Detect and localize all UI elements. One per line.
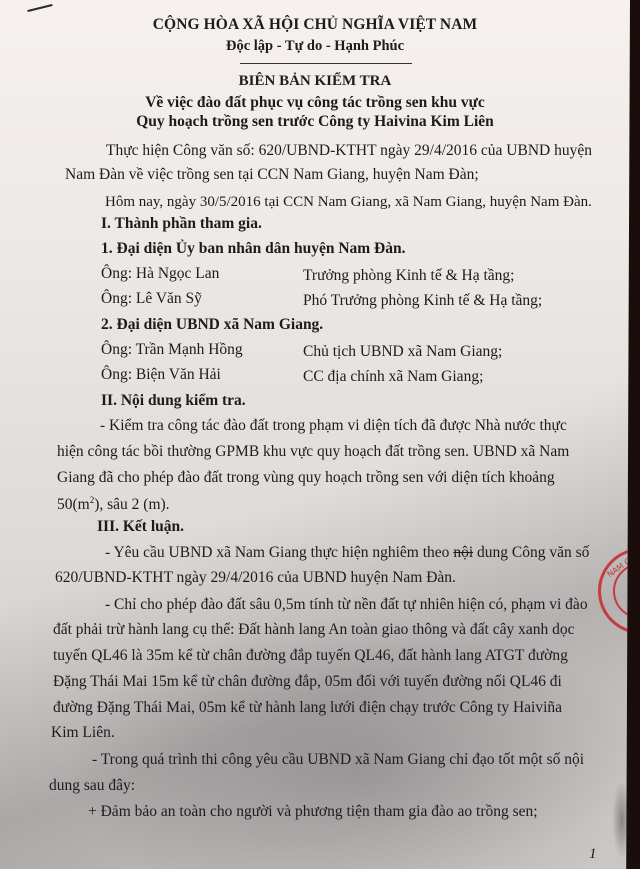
- subtitle-line-1: Về việc đào đất phục vụ công tác trồng s…: [0, 94, 630, 112]
- member-name: Ông: Trần Mạnh Hồng: [101, 341, 243, 359]
- section-1-heading: I. Thành phần tham gia.: [101, 215, 262, 233]
- intro-line-2: Nam Đàn về việc trồng sen tại CCN Nam Gi…: [65, 166, 479, 184]
- conclusion-line: - Yêu cầu UBND xã Nam Giang thực hiện ng…: [105, 544, 589, 562]
- area-tail: ), sâu 2 (m).: [94, 496, 169, 513]
- intro-line-1: Thực hiện Công văn số: 620/UBND-KTHT ngà…: [106, 142, 592, 160]
- member-role: Chủ tịch UBND xã Nam Giang;: [303, 343, 502, 361]
- member-name: Ông: Biện Văn Hải: [101, 366, 221, 384]
- motto-underline: [240, 63, 412, 64]
- member-role: Phó Trưởng phòng Kinh tế & Hạ tầng;: [303, 292, 542, 310]
- conclusion-line: Kim Liên.: [51, 724, 115, 742]
- conclusion-line: dung sau đây:: [49, 777, 135, 795]
- member-name: Ông: Lê Văn Sỹ: [101, 290, 202, 308]
- member-role: Trưởng phòng Kinh tế & Hạ tầng;: [303, 267, 515, 285]
- area-line: 50(m2), sâu 2 (m).: [57, 495, 170, 514]
- section-2-heading: II. Nội dung kiểm tra.: [101, 392, 246, 410]
- conclusion-line: đường Đặng Thái Mai, 05m kể từ hành lang…: [53, 699, 562, 717]
- conclusion-line: - Trong quá trình thi công yêu cầu UBND …: [92, 751, 584, 769]
- fingerprint-smudge: [612, 780, 632, 860]
- conclusion-line: Đặng Thái Mai 15m kể từ chân đường đắp, …: [53, 673, 562, 691]
- conclusion-text: dung Công văn số: [473, 544, 589, 561]
- member-name: Ông: Hà Ngọc Lan: [101, 265, 219, 283]
- nation-header: CỘNG HÒA XÃ HỘI CHỦ NGHĨA VIỆT NAM: [0, 16, 630, 34]
- conclusion-text: - Yêu cầu UBND xã Nam Giang thực hiện ng…: [105, 544, 453, 561]
- official-seal: NAM GIANG H ★: [598, 548, 640, 634]
- conclusion-line: đất phải trừ hành lang cụ thể: Đất hành …: [53, 621, 574, 639]
- section-2-line: - Kiểm tra công tác đào đất trong phạm v…: [100, 417, 567, 435]
- conclusion-line: 620/UBND-KTHT ngày 29/4/2016 của UBND hu…: [55, 569, 456, 587]
- motto: Độc lập - Tự do - Hạnh Phúc: [0, 38, 630, 55]
- section-2-line: Giang đã cho phép đào đất trong vùng quy…: [57, 469, 555, 487]
- intro-line-3: Hôm nay, ngày 30/5/2016 tại CCN Nam Gian…: [105, 194, 592, 211]
- group-2-heading: 2. Đại diện UBND xã Nam Giang.: [101, 316, 323, 334]
- member-role: CC địa chính xã Nam Giang;: [303, 368, 483, 386]
- star-icon: ★: [633, 579, 640, 595]
- pen-mark: [27, 4, 53, 12]
- area-value: 50(m: [57, 496, 90, 513]
- conclusion-line: tuyến QL46 là 35m kể từ chân đường đắp t…: [53, 647, 568, 665]
- conclusion-line: - Chỉ cho phép đào đất sâu 0,5m tính từ …: [105, 596, 588, 614]
- struck-word: nội: [453, 544, 473, 561]
- document-page: CỘNG HÒA XÃ HỘI CHỦ NGHĨA VIỆT NAM Độc l…: [0, 0, 630, 869]
- document-title: BIÊN BẢN KIỂM TRA: [0, 73, 630, 90]
- section-2-line: hiện công tác bồi thường GPMB khu vực qu…: [57, 443, 569, 461]
- conclusion-line: + Đảm bảo an toàn cho người và phương ti…: [88, 803, 538, 821]
- subtitle-line-2: Quy hoạch trồng sen trước Công ty Haivin…: [0, 113, 630, 131]
- group-1-heading: 1. Đại diện Ủy ban nhân dân huyện Nam Đà…: [101, 240, 406, 258]
- page-number: 1: [589, 846, 597, 863]
- section-3-heading: III. Kết luận.: [97, 518, 184, 536]
